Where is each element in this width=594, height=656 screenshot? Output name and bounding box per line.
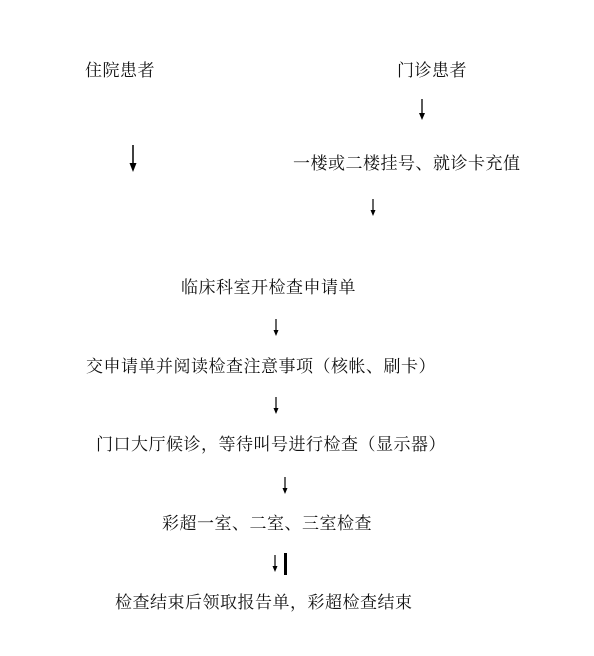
arrow-down-icon (270, 555, 280, 573)
arrow-down-icon (271, 397, 281, 415)
node-outpatient: 门诊患者 (397, 61, 467, 81)
node-report: 检查结束后领取报告单，彩超检查结束 (115, 593, 413, 613)
arrow-down-icon (271, 319, 281, 337)
node-exam: 彩超一室、二室、三室检查 (162, 514, 372, 534)
arrow-down-icon (280, 477, 290, 495)
arrow-down-icon (368, 199, 378, 217)
arrow-down-icon (128, 145, 138, 173)
node-order: 临床科室开检查申请单 (181, 278, 356, 298)
node-wait: 门口大厅候诊，等待叫号进行检查（显示器） (96, 435, 446, 455)
arrow-down-icon (417, 99, 427, 121)
node-registration: 一楼或二楼挂号、就诊卡充值 (293, 154, 521, 174)
text-cursor-bar (284, 553, 287, 575)
node-submit: 交申请单并阅读检查注意事项（核帐、刷卡） (86, 357, 436, 377)
node-inpatient: 住院患者 (85, 61, 155, 81)
